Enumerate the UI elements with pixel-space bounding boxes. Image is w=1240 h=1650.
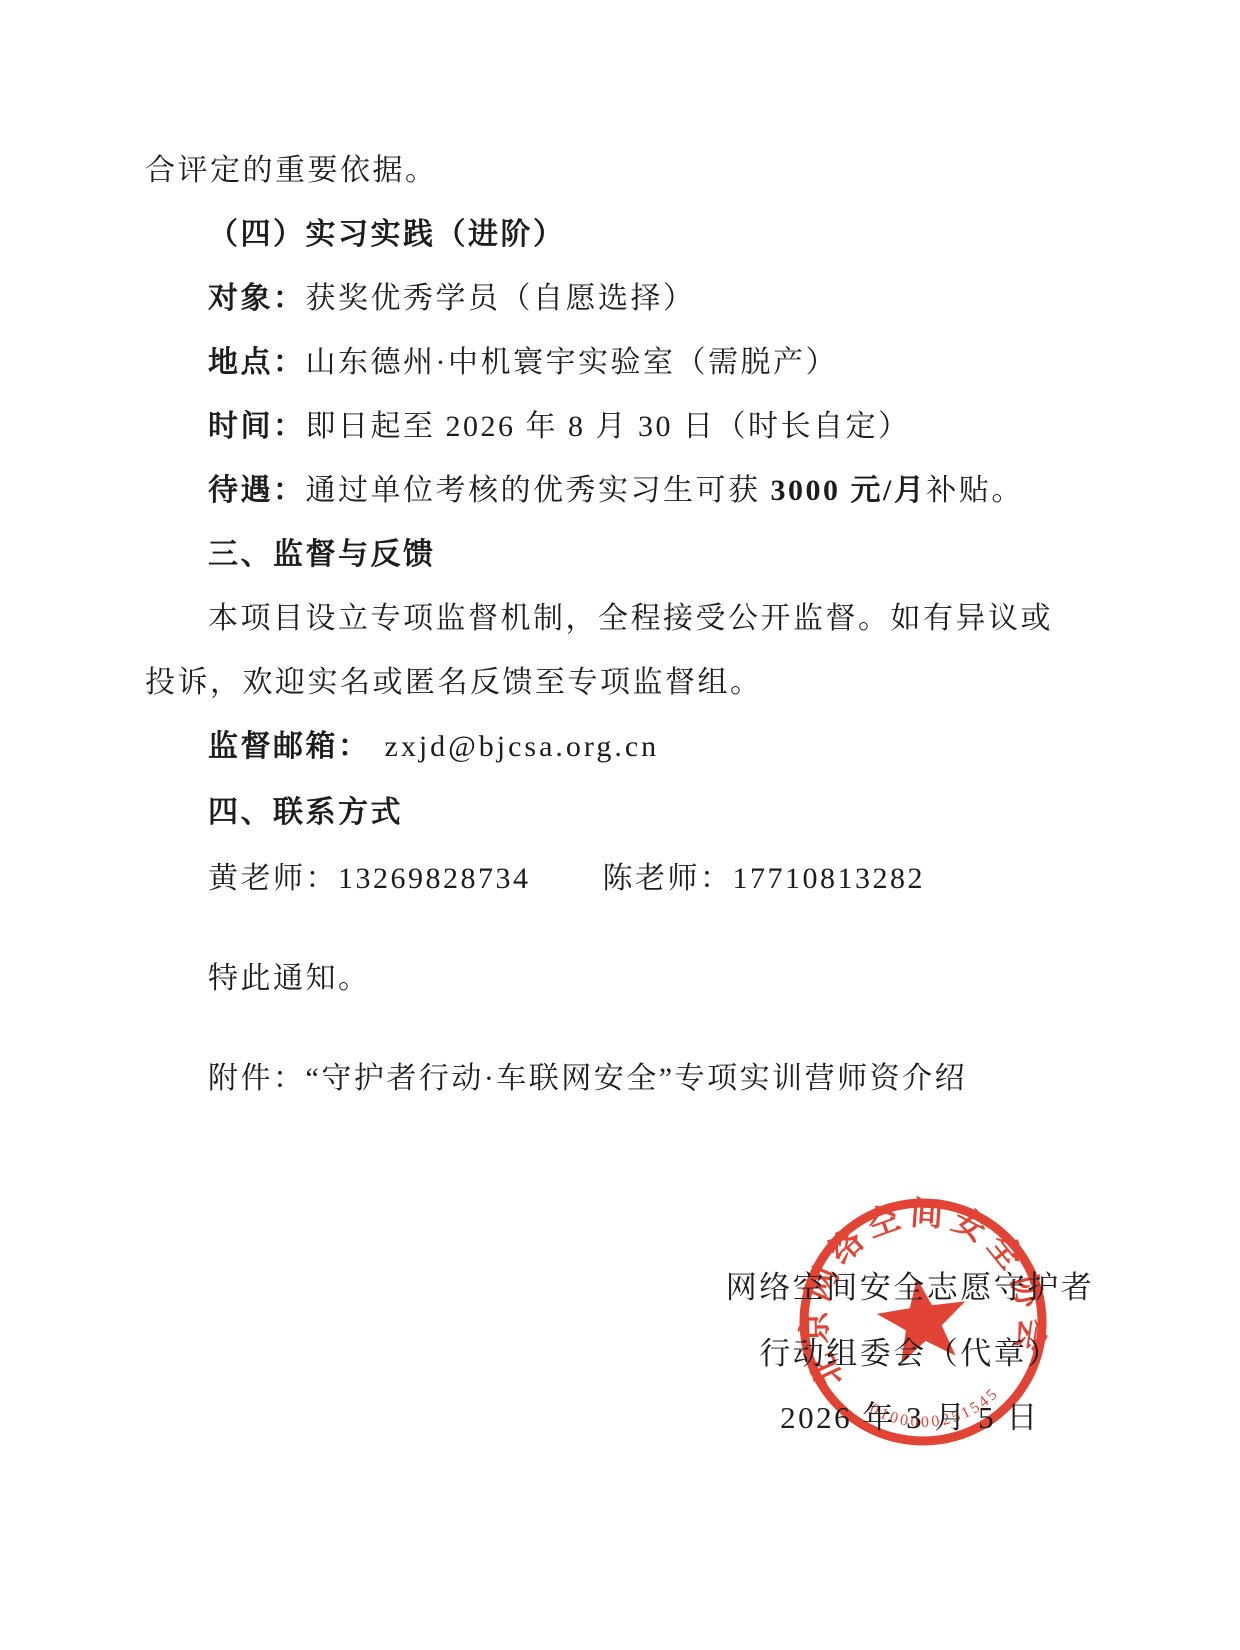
contact-line: 黄老师：13269828734陈老师：17710813282 xyxy=(208,860,925,898)
field-pay-amount: 3000 元/月 xyxy=(771,474,927,507)
document-page: 合评定的重要依据。 （四）实习实践（进阶） 对象：获奖优秀学员（自愿选择） 地点… xyxy=(0,0,1240,1650)
field-pay: 待遇：通过单位考核的优秀实习生可获 3000 元/月补贴。 xyxy=(208,472,1024,510)
field-time-label: 时间： xyxy=(208,410,306,443)
field-target-value: 获奖优秀学员（自愿选择） xyxy=(306,282,696,315)
heading-contact: 四、联系方式 xyxy=(208,794,403,832)
field-pay-label: 待遇： xyxy=(208,474,306,507)
signature-org-line1: 网络空间安全志愿守护者 xyxy=(630,1262,1190,1307)
closing-line: 特此通知。 xyxy=(208,960,371,998)
field-email-label: 监督邮箱： xyxy=(208,730,371,763)
field-location-value: 山东德州·中机寰宇实验室（需脱产） xyxy=(306,346,839,379)
contact-teacher-huang: 黄老师：13269828734 xyxy=(208,862,531,895)
field-location: 地点：山东德州·中机寰宇实验室（需脱产） xyxy=(208,344,838,382)
field-target: 对象：获奖优秀学员（自愿选择） xyxy=(208,280,696,318)
field-pay-tail: 补贴。 xyxy=(926,474,1024,507)
field-supervision-email: 监督邮箱：zxjd@bjcsa.org.cn xyxy=(208,728,659,766)
body-line-continuation: 合评定的重要依据。 xyxy=(145,152,438,190)
field-location-label: 地点： xyxy=(208,346,306,379)
contact-teacher-chen: 陈老师：17710813282 xyxy=(603,862,926,895)
heading-section-4: （四）实习实践（进阶） xyxy=(208,216,566,254)
signature-date: 2026 年 3 月 5 日 xyxy=(630,1392,1190,1437)
signature-org-line2: 行动组委会（代章） xyxy=(630,1328,1190,1373)
supervision-email-address: zxjd@bjcsa.org.cn xyxy=(385,730,660,763)
field-target-label: 对象： xyxy=(208,282,306,315)
field-time-value: 即日起至 2026 年 8 月 30 日（时长自定） xyxy=(306,410,911,443)
field-time: 时间：即日起至 2026 年 8 月 30 日（时长自定） xyxy=(208,408,911,446)
field-pay-value: 通过单位考核的优秀实习生可获 xyxy=(306,474,771,507)
heading-section-3: 三、监督与反馈 xyxy=(208,536,436,574)
supervision-paragraph-line2: 投诉，欢迎实名或匿名反馈至专项监督组。 xyxy=(145,664,763,702)
supervision-paragraph-line1: 本项目设立专项监督机制，全程接受公开监督。如有异议或 xyxy=(208,600,1053,638)
attachment-line: 附件：“守护者行动·车联网安全”专项实训营师资介绍 xyxy=(208,1060,967,1098)
